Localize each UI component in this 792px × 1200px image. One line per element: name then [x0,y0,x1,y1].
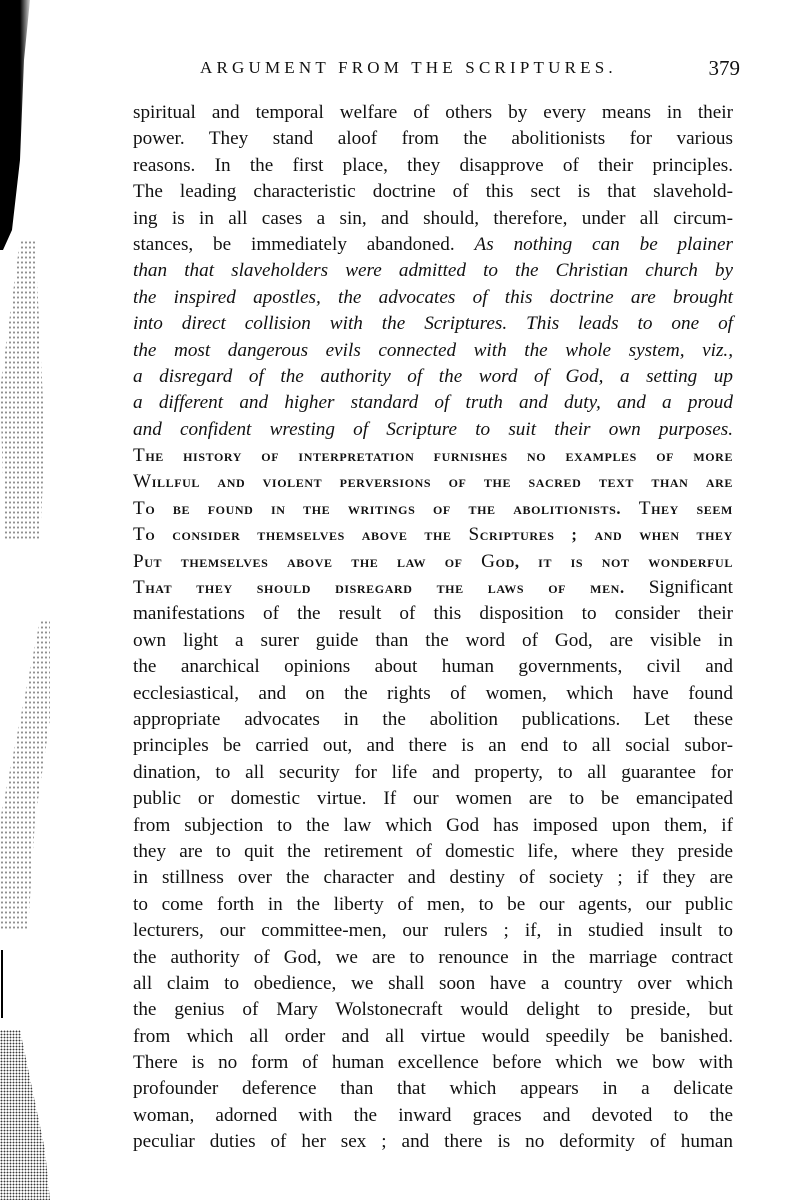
text-line: they are to quit the retirement of domes… [133,839,733,865]
running-title: ARGUMENT FROM THE SCRIPTURES. [200,58,617,78]
text-line: the inspired apostles, the advocates of … [133,285,733,311]
text-line: from subjection to the law which God has… [133,813,733,839]
text-line: to come forth in the liberty of men, to … [133,892,733,918]
small-caps-text: Willful and violent perversions of the s… [133,472,733,491]
scan-noise [0,620,55,930]
text-line: peculiar duties of her sex ; and there i… [133,1129,733,1155]
text-line: That they should disregard the laws of m… [133,575,733,601]
text-line: appropriate advocates in the abolition p… [133,707,733,733]
text-line: stances, be immediately abandoned. As no… [133,232,733,258]
text-line: The history of interpretation furnishes … [133,443,733,469]
text-line: spiritual and temporal welfare of others… [133,100,733,126]
text-line: in stillness over the character and dest… [133,865,733,891]
text-line: a disregard of the authority of the word… [133,364,733,390]
text-line: manifestations of the result of this dis… [133,601,733,627]
italic-text: As nothing can be plainer [475,234,733,255]
text-line: To be found in the writings of the aboli… [133,496,733,522]
text-line: dination, to all security for life and p… [133,760,733,786]
text-line: reasons. In the first place, they disapp… [133,153,733,179]
small-caps-text: That they should disregard the laws of m… [133,578,649,597]
page-number: 379 [709,56,741,81]
roman-text: Significant [649,577,733,598]
small-caps-text: Put themselves above the law of God, it … [133,552,733,571]
binding-shadow [0,0,32,250]
text-line: There is no form of human excellence bef… [133,1050,733,1076]
text-line: To consider themselves above the Scriptu… [133,522,733,548]
text-line: from which all order and all virtue woul… [133,1024,733,1050]
text-line: public or domestic virtue. If our women … [133,786,733,812]
text-line: own light a surer guide than the word of… [133,628,733,654]
text-line: a different and higher standard of truth… [133,390,733,416]
small-caps-text: To be found in the writings of the aboli… [133,499,733,518]
text-line: principles be carried out, and there is … [133,733,733,759]
text-line: lecturers, our committee-men, our rulers… [133,918,733,944]
text-line: the genius of Mary Wolstonecraft would d… [133,997,733,1023]
text-line: the anarchical opinions about human gove… [133,654,733,680]
text-line: ing is in all cases a sin, and should, t… [133,206,733,232]
margin-mark [1,950,3,1018]
text-line: power. They stand aloof from the aboliti… [133,126,733,152]
text-line: ecclesiastical, and on the rights of wom… [133,681,733,707]
text-line: and confident wresting of Scripture to s… [133,417,733,443]
text-line: the most dangerous evils connected with … [133,338,733,364]
text-line: than that slaveholders were admitted to … [133,258,733,284]
page-body-text: spiritual and temporal welfare of others… [133,100,733,1156]
text-line: the authority of God, we are to renounce… [133,945,733,971]
text-line: into direct collision with the Scripture… [133,311,733,337]
small-caps-text: The history of interpretation furnishes … [133,446,733,465]
text-line: Put themselves above the law of God, it … [133,549,733,575]
text-line: profounder deference than that which app… [133,1076,733,1102]
scan-noise [0,240,55,540]
text-line: all claim to obedience, we shall soon ha… [133,971,733,997]
scan-noise [0,1030,55,1200]
text-line: woman, adorned with the inward graces an… [133,1103,733,1129]
small-caps-text: To consider themselves above the Scriptu… [133,525,733,544]
text-line: The leading characteristic doctrine of t… [133,179,733,205]
text-line: Willful and violent perversions of the s… [133,469,733,495]
running-head: ARGUMENT FROM THE SCRIPTURES. 379 [200,58,740,84]
